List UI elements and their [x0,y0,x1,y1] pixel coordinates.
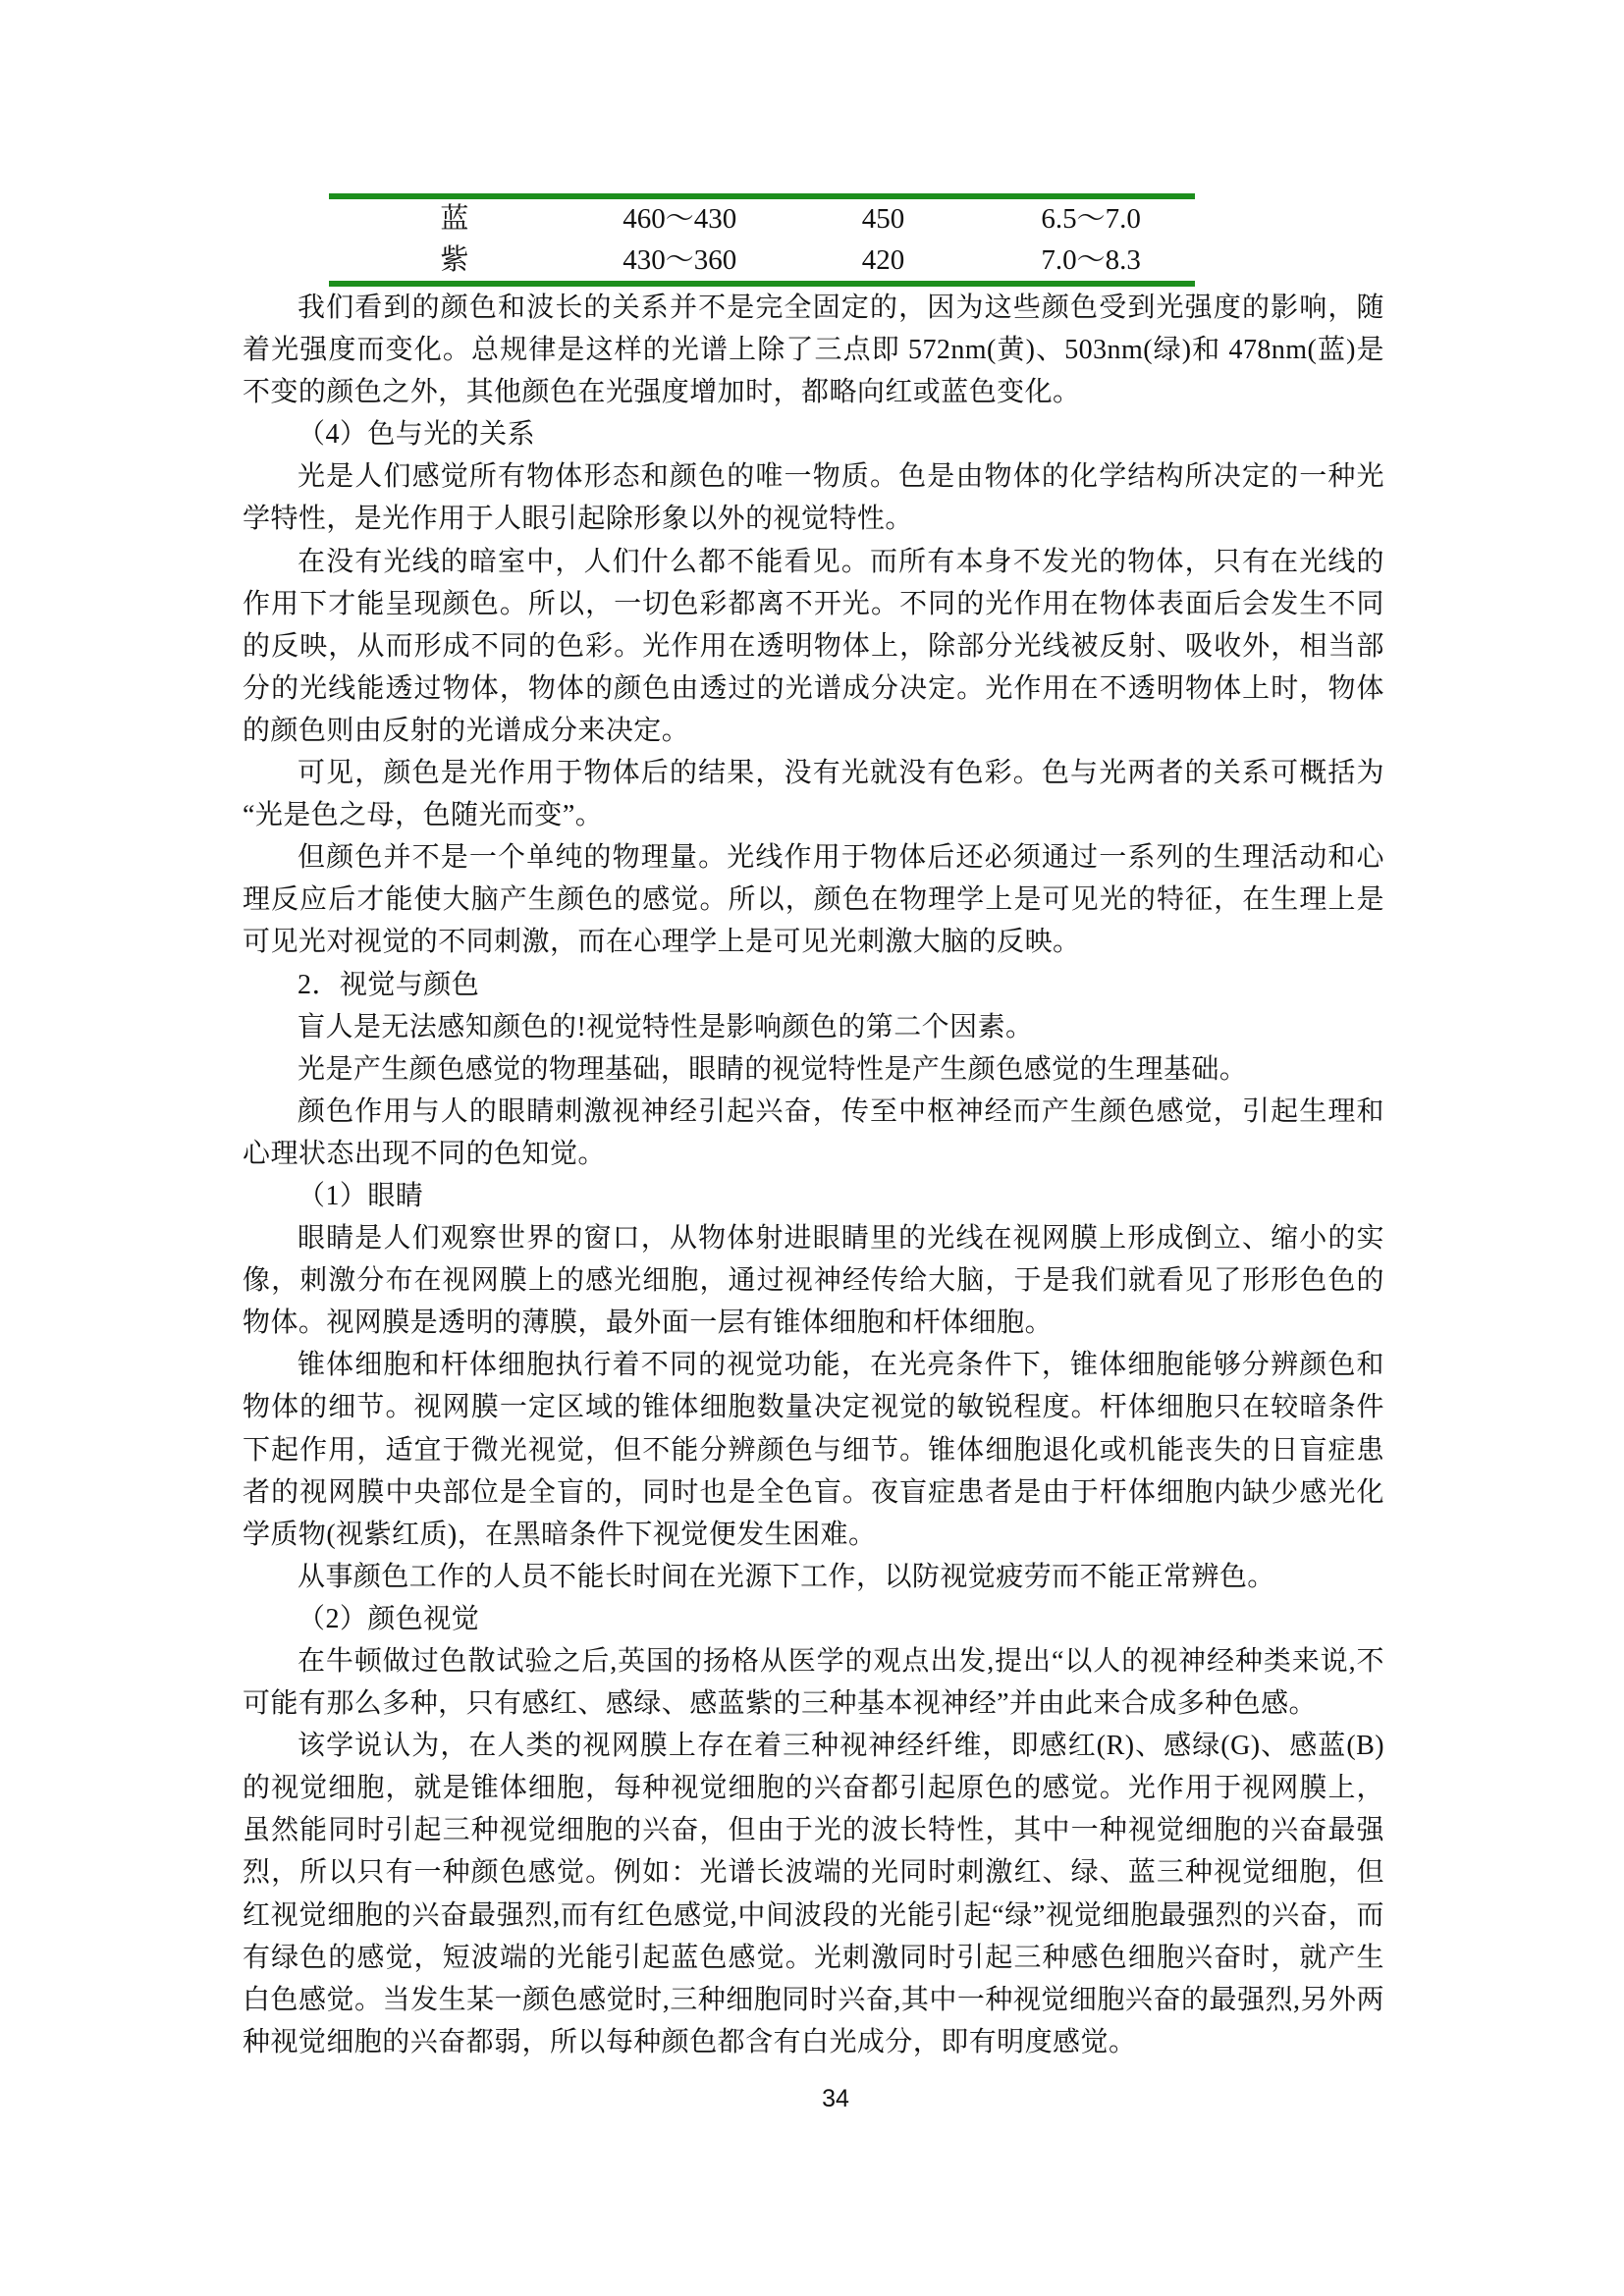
table-cell-representative-wavelength: 420 [780,240,988,282]
table-cell-value-range: 7.0～8.3 [987,240,1195,282]
paragraph: 锥体细胞和杆体细胞执行着不同的视觉功能，在光亮条件下，锥体细胞能够分辨颜色和物体… [243,1344,1384,1555]
section-heading: （1）眼睛 [243,1175,1384,1217]
document-page: 蓝 460～430 450 6.5～7.0 紫 430～360 420 7.0～… [0,0,1624,2296]
table-cell-wavelength-range: 460～430 [580,199,780,240]
table-cell-wavelength-range: 430～360 [580,240,780,282]
paragraph: 但颜色并不是一个单纯的物理量。光线作用于物体后还必须通过一系列的生理活动和心理反… [243,836,1384,963]
paragraph: 在牛顿做过色散试验之后,英国的扬格从医学的观点出发,提出“以人的视神经种类来说,… [243,1640,1384,1725]
paragraph: 该学说认为，在人类的视网膜上存在着三种视神经纤维，即感红(R)、感绿(G)、感蓝… [243,1725,1384,2063]
paragraph: 可见，颜色是光作用于物体后的结果，没有光就没有色彩。色与光两者的关系可概括为“光… [243,752,1384,836]
paragraph: 颜色作用与人的眼睛刺激视神经引起兴奋，传至中枢神经而产生颜色感觉，引起生理和心理… [243,1091,1384,1175]
table-cell-representative-wavelength: 450 [780,199,988,240]
table-cell-color: 紫 [329,240,580,282]
paragraph: 光是产生颜色感觉的物理基础，眼睛的视觉特性是产生颜色感觉的生理基础。 [243,1048,1384,1091]
section-heading: （2）颜色视觉 [243,1598,1384,1640]
section-heading: （4）色与光的关系 [243,413,1384,455]
paragraph: 眼睛是人们观察世界的窗口，从物体射进眼睛里的光线在视网膜上形成倒立、缩小的实像，… [243,1217,1384,1344]
section-heading: 2．视觉与颜色 [243,964,1384,1006]
table-cell-value-range: 6.5～7.0 [987,199,1195,240]
page-number: 34 [24,2085,1624,2113]
paragraph: 从事颜色工作的人员不能长时间在光源下工作，以防视觉疲劳而不能正常辨色。 [243,1556,1384,1598]
wavelength-table: 蓝 460～430 450 6.5～7.0 紫 430～360 420 7.0～… [329,193,1195,287]
paragraph: 我们看到的颜色和波长的关系并不是完全固定的，因为这些颜色受到光强度的影响，随着光… [243,287,1384,413]
table-row: 紫 430～360 420 7.0～8.3 [329,240,1195,282]
paragraph: 盲人是无法感知颜色的!视觉特性是影响颜色的第二个因素。 [243,1006,1384,1048]
table-cell-color: 蓝 [329,199,580,240]
table-row: 蓝 460～430 450 6.5～7.0 [329,199,1195,240]
paragraph: 在没有光线的暗室中，人们什么都不能看见。而所有本身不发光的物体，只有在光线的作用… [243,541,1384,752]
paragraph: 光是人们感觉所有物体形态和颜色的唯一物质。色是由物体的化学结构所决定的一种光学特… [243,455,1384,540]
body-text: 我们看到的颜色和波长的关系并不是完全固定的，因为这些颜色受到光强度的影响，随着光… [243,287,1384,2063]
